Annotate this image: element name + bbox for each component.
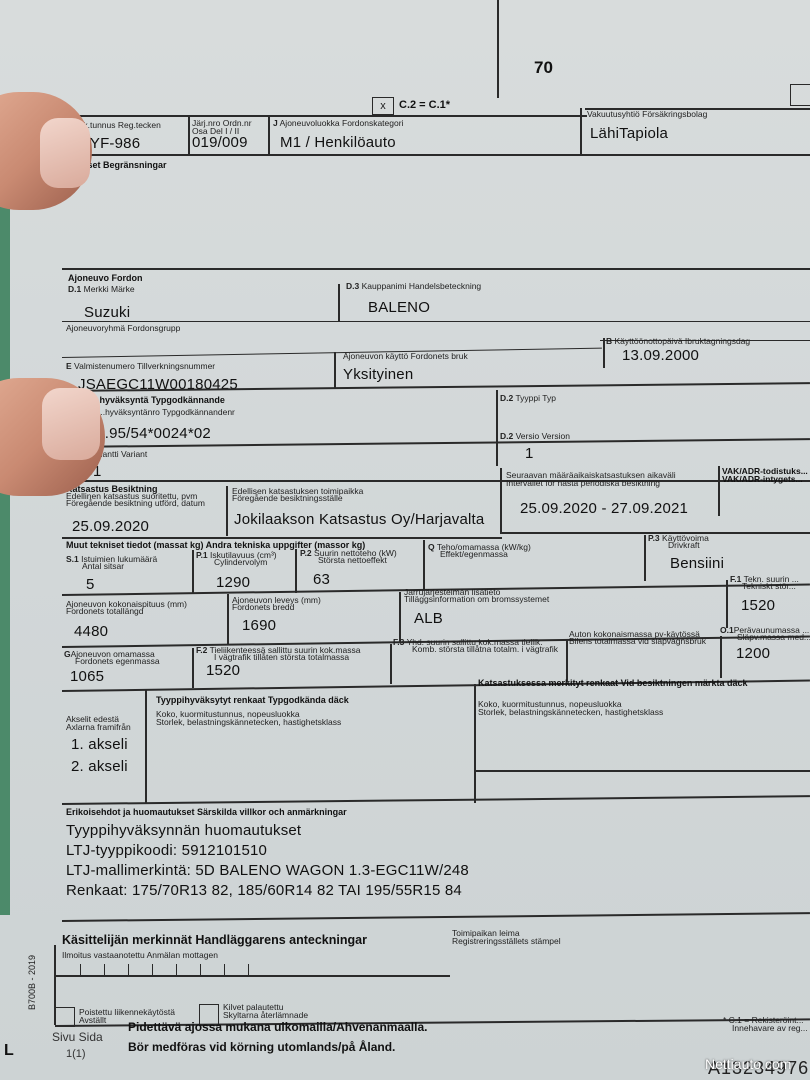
vehicle-usage: Yksityinen xyxy=(343,366,413,383)
last-inspection-place: Jokilaakson Katsastus Oy/Harjavalta xyxy=(234,511,484,528)
adr-label-2: VAK/ADR-intygets... xyxy=(722,474,803,484)
tech-max-label-2: Tekniskt stör... xyxy=(742,582,796,591)
make-label: D.1 Merkki Märke xyxy=(68,285,135,294)
divider xyxy=(188,116,190,154)
divider xyxy=(474,684,476,803)
fingernail-bottom xyxy=(42,388,100,460)
c2-equals-c1-label: C.2 = C.1* xyxy=(399,99,450,111)
next-interval-label-2: Intervallet för nästa periodiska besiktn… xyxy=(506,479,660,488)
divider xyxy=(500,468,502,534)
type-approval-number-label: ...hyväksyntänro Typgodkännandenr xyxy=(98,408,235,417)
trailer-mass: 1200 xyxy=(736,645,770,662)
received-label: Ilmoitus vastaanotettu Anmälan mottagen xyxy=(62,951,218,960)
insurer: LähiTapiola xyxy=(590,125,668,142)
displacement-label-2: Cylindervolym xyxy=(214,558,267,567)
divider xyxy=(192,550,194,594)
divider xyxy=(566,640,568,682)
usage-label: Ajoneuvon käyttö Fordonets bruk xyxy=(343,352,468,361)
approved-tyres-title: Tyyppihyväksytyt renkaat Typgodkända däc… xyxy=(156,695,349,705)
divider xyxy=(268,116,270,154)
curb-label-2: Fordonets egenmassa xyxy=(75,657,160,666)
divider xyxy=(62,537,502,539)
power-ratio-label-2: Effekt/egenmassa xyxy=(440,550,508,559)
date-tick xyxy=(152,964,153,976)
page-label: Sivu Sida xyxy=(52,1030,103,1044)
fuel-label-2: Drivkraft xyxy=(668,541,700,550)
technical-max-mass: 1520 xyxy=(741,597,775,614)
form-code: B700B - 2019 xyxy=(28,955,37,1010)
divider xyxy=(718,466,720,516)
divider xyxy=(496,390,498,466)
vin-label: E Valmistenumero Tillverkningsnummer xyxy=(66,362,215,371)
notice-fi: Pidettävä ajossa mukana ulkomailla/Ahven… xyxy=(128,1020,427,1034)
next-inspection-interval: 25.09.2020 - 27.09.2021 xyxy=(520,500,688,517)
date-tick xyxy=(224,964,225,976)
notice-sv: Bör medföras vid körning utomlands/på Ål… xyxy=(128,1040,395,1054)
date-tick xyxy=(176,964,177,976)
remark-line: LTJ-tyyppikoodi: 5912101510 xyxy=(66,842,267,859)
road-max-label-2: I vägtrafik tillåten största totalmassa xyxy=(214,653,349,662)
divider xyxy=(62,321,810,322)
corner-code: 70 xyxy=(534,58,553,78)
date-tick xyxy=(128,964,129,976)
divider xyxy=(474,770,810,772)
vehicle-section-title: Ajoneuvo Fordon xyxy=(68,273,143,283)
date-tick xyxy=(248,964,249,976)
type-approval-title: ...hyväksyntä Typgodkännande xyxy=(92,395,225,405)
divider xyxy=(62,268,810,270)
stamp-label-2: Registreringsställets stämpel xyxy=(452,937,561,946)
axle-1: 1. akseli xyxy=(71,736,128,753)
date-line xyxy=(55,975,450,977)
power-label-2: Största nettoeffekt xyxy=(318,556,387,565)
approved-tyres-sub-2: Storlek, belastningskännetecken, hastigh… xyxy=(156,718,341,727)
edge-letter: L xyxy=(4,1042,14,1060)
width-label-2: Fordonets bredd xyxy=(232,603,294,612)
divider xyxy=(62,795,810,804)
combination-label-2: Komb. största tillåtna totalm. i vägtraf… xyxy=(412,645,558,654)
plates-label-2: Skyltarna återlämnade xyxy=(223,1011,308,1020)
remarks-title: Erikoisehdot ja huomautukset Särskilda v… xyxy=(66,807,347,817)
divider xyxy=(62,115,587,117)
total-length: 4480 xyxy=(74,623,108,640)
divider xyxy=(720,636,722,678)
divider xyxy=(192,648,194,688)
version-label: D.2 Versio Version xyxy=(500,432,570,441)
divider xyxy=(399,592,401,642)
order-number: 019/009 xyxy=(192,134,248,151)
brake-label-2: Tilläggsinformation om bromssystemet xyxy=(404,595,549,604)
type-approval-number: ...95/54*0024*02 xyxy=(96,425,211,442)
insurer-label: Vakuutusyhtiö Försäkringsbolag xyxy=(587,110,707,119)
date-tick xyxy=(80,964,81,976)
last-inspection-label-2: Föregående besiktning utförd, datum xyxy=(66,499,205,508)
first-registration-label: B Käyttöönottopäivä Ibruktagningsdag xyxy=(606,337,750,346)
fingernail-top xyxy=(40,118,90,188)
date-tick xyxy=(200,964,201,976)
document-edge xyxy=(0,200,10,915)
divider xyxy=(295,549,297,593)
divider xyxy=(334,352,336,388)
vehicle-width: 1690 xyxy=(242,617,276,634)
make: Suzuki xyxy=(84,304,130,321)
divider xyxy=(226,486,228,536)
brake-info: ALB xyxy=(414,610,443,627)
vehicle-group-label: Ajoneuvoryhmä Fordonsgrupp xyxy=(66,324,180,333)
trailer-label-2: Släpv.massa med... xyxy=(737,633,810,642)
divider xyxy=(497,0,499,98)
footnote-2: Innehavare av reg... xyxy=(732,1024,808,1033)
divider xyxy=(227,594,229,644)
last-place-label-2: Föregående besiktningsställe xyxy=(232,494,343,503)
first-registration-date: 13.09.2000 xyxy=(622,347,699,364)
divider xyxy=(423,540,425,590)
displacement: 1290 xyxy=(216,574,250,591)
divider xyxy=(644,535,646,581)
c2-checkbox[interactable]: x xyxy=(372,97,394,115)
handler-title: Käsittelijän merkinnät Handläggarens ant… xyxy=(62,933,367,947)
version: 1 xyxy=(525,445,534,462)
corner-box xyxy=(790,84,810,106)
watermark: Nettiauto.com xyxy=(705,1056,791,1072)
divider xyxy=(390,644,392,684)
page-number: 1(1) xyxy=(66,1048,86,1060)
axles-label-2: Axlarna framifrån xyxy=(66,723,131,732)
type-label: D.2 Tyyppi Typ xyxy=(500,394,556,403)
remark-line: Renkaat: 175/70R13 82, 185/60R14 82 TAI … xyxy=(66,882,462,899)
remark-line: Tyyppihyväksynnän huomautukset xyxy=(66,822,301,839)
divider xyxy=(145,690,147,803)
divider xyxy=(62,348,602,359)
category-label: J Ajoneuvoluokka Fordonskategori xyxy=(273,119,403,128)
marked-tyres-title: Katsastuksessa merkityt renkaat Vid besi… xyxy=(478,678,747,688)
date-tick xyxy=(104,964,105,976)
last-inspection-date: 25.09.2020 xyxy=(72,518,149,535)
marked-tyres-sub-2: Storlek, belastningskännetecken, hastigh… xyxy=(478,708,663,717)
vehicle-category: M1 / Henkilöauto xyxy=(280,134,396,151)
tradename-label: D.3 Kauppanimi Handelsbeteckning xyxy=(346,282,481,291)
fuel: Bensiini xyxy=(670,555,724,572)
seats-label-2: Antal sitsar xyxy=(82,562,124,571)
registration-document: 70 x C.2 = C.1* A Rek.tunnus Reg.tecken … xyxy=(0,0,810,1080)
divider xyxy=(62,912,810,921)
trailer-total-label-2: Bilens totalmassa vid släpvagnsbruk xyxy=(569,637,706,646)
net-power: 63 xyxy=(313,571,330,588)
divider xyxy=(338,284,340,322)
divider xyxy=(62,480,810,482)
curb-mass: 1065 xyxy=(70,668,104,685)
seats: 5 xyxy=(86,576,95,593)
remark-line: LTJ-mallimerkintä: 5D BALENO WAGON 1.3-E… xyxy=(66,862,469,879)
tradename: BALENO xyxy=(368,299,430,316)
divider xyxy=(726,580,728,628)
divider xyxy=(580,108,582,154)
axle-2: 2. akseli xyxy=(71,758,128,775)
divider xyxy=(62,154,810,156)
road-max-mass: 1520 xyxy=(206,662,240,679)
divider xyxy=(603,338,605,368)
length-label-2: Fordonets totallängd xyxy=(66,607,144,616)
